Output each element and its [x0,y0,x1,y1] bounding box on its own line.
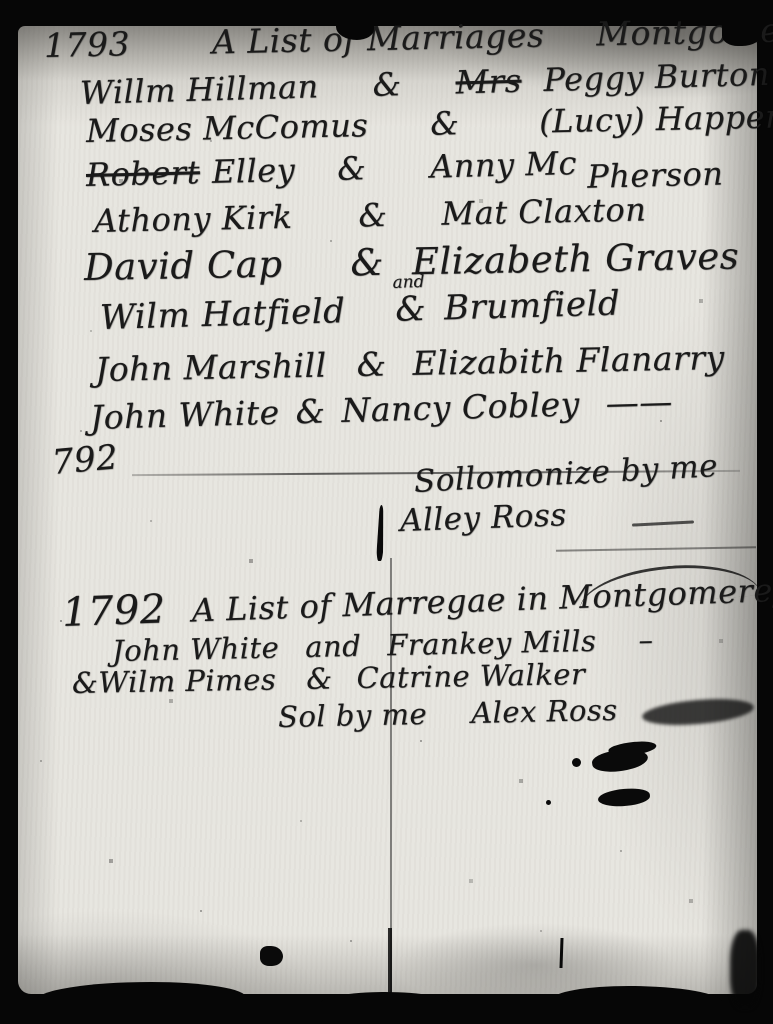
bride-name: Anny Mc [430,144,578,186]
bride-name: Elizabith Flanarry [412,338,725,383]
ampersand: & [354,344,389,384]
scanned-document: 1793A List of MarriagesMontgomery Willm … [0,0,773,1024]
ink-blot [260,946,283,966]
bride-name: Elizabeth Graves [411,235,739,284]
officiant-signature: Alex Ross [471,693,618,730]
year-1793: 1793 [44,24,131,65]
struck-word: Mrs [455,62,522,102]
ampersand: & [428,104,462,143]
edge-smudge [730,930,760,1008]
ink-blot [546,800,551,805]
bride-name: Brumfield [444,283,621,328]
groom-name: Athony Kirk [94,198,293,240]
bride-name: Nancy Cobley [341,384,580,430]
groom-name: John White [89,393,280,437]
certification-line-1792: Sol by meAlex Ross [278,693,618,734]
conjunction: and [305,629,362,664]
bride-name-continued: Pherson [587,154,724,195]
scan-edge-bump [552,986,722,1016]
groom-name-struck: Robert [86,153,201,194]
bride-name: Peggy Burton [543,55,770,99]
groom-name: Moses McComus [86,106,369,150]
ampersand: & [335,149,369,188]
year-note: 792 [50,437,120,483]
ampersand: & [370,65,404,104]
bride-name: Mat Claxton [441,190,647,232]
scan-edge-bump [320,992,450,1016]
ampersand: & [293,391,328,431]
ampersand: & [393,289,429,330]
ampersand: & [356,196,390,235]
groom-name: Willm Hillman [79,67,319,112]
ampersand: & [348,241,386,285]
heading-title: A List of Marriages [212,16,545,62]
groom-name: Wilm Pimes [98,662,276,699]
bride-name: (Lucy) Happer [539,97,773,140]
lead-mark: & [72,666,99,700]
and-note: and [392,272,425,293]
groom-name: Elley [211,151,295,191]
year-1792: 1792 [61,586,166,636]
scan-edge-bump [36,982,246,1016]
scan-edge-notch [336,16,374,40]
groom-name: David Cap [84,243,283,289]
scan-edge-notch [722,20,762,46]
ink-blot [572,758,581,767]
certification-text: Sol by me [278,697,428,734]
officiant-signature: Alley Ross [399,497,567,539]
paper-speckles [0,0,2,2]
ampersand: & [304,661,335,696]
groom-name: Wilm Hatfield [99,291,345,338]
pen-flourish: – [638,623,654,657]
groom-name: John Marshill [95,346,327,389]
pen-flourish: —— [605,382,673,423]
